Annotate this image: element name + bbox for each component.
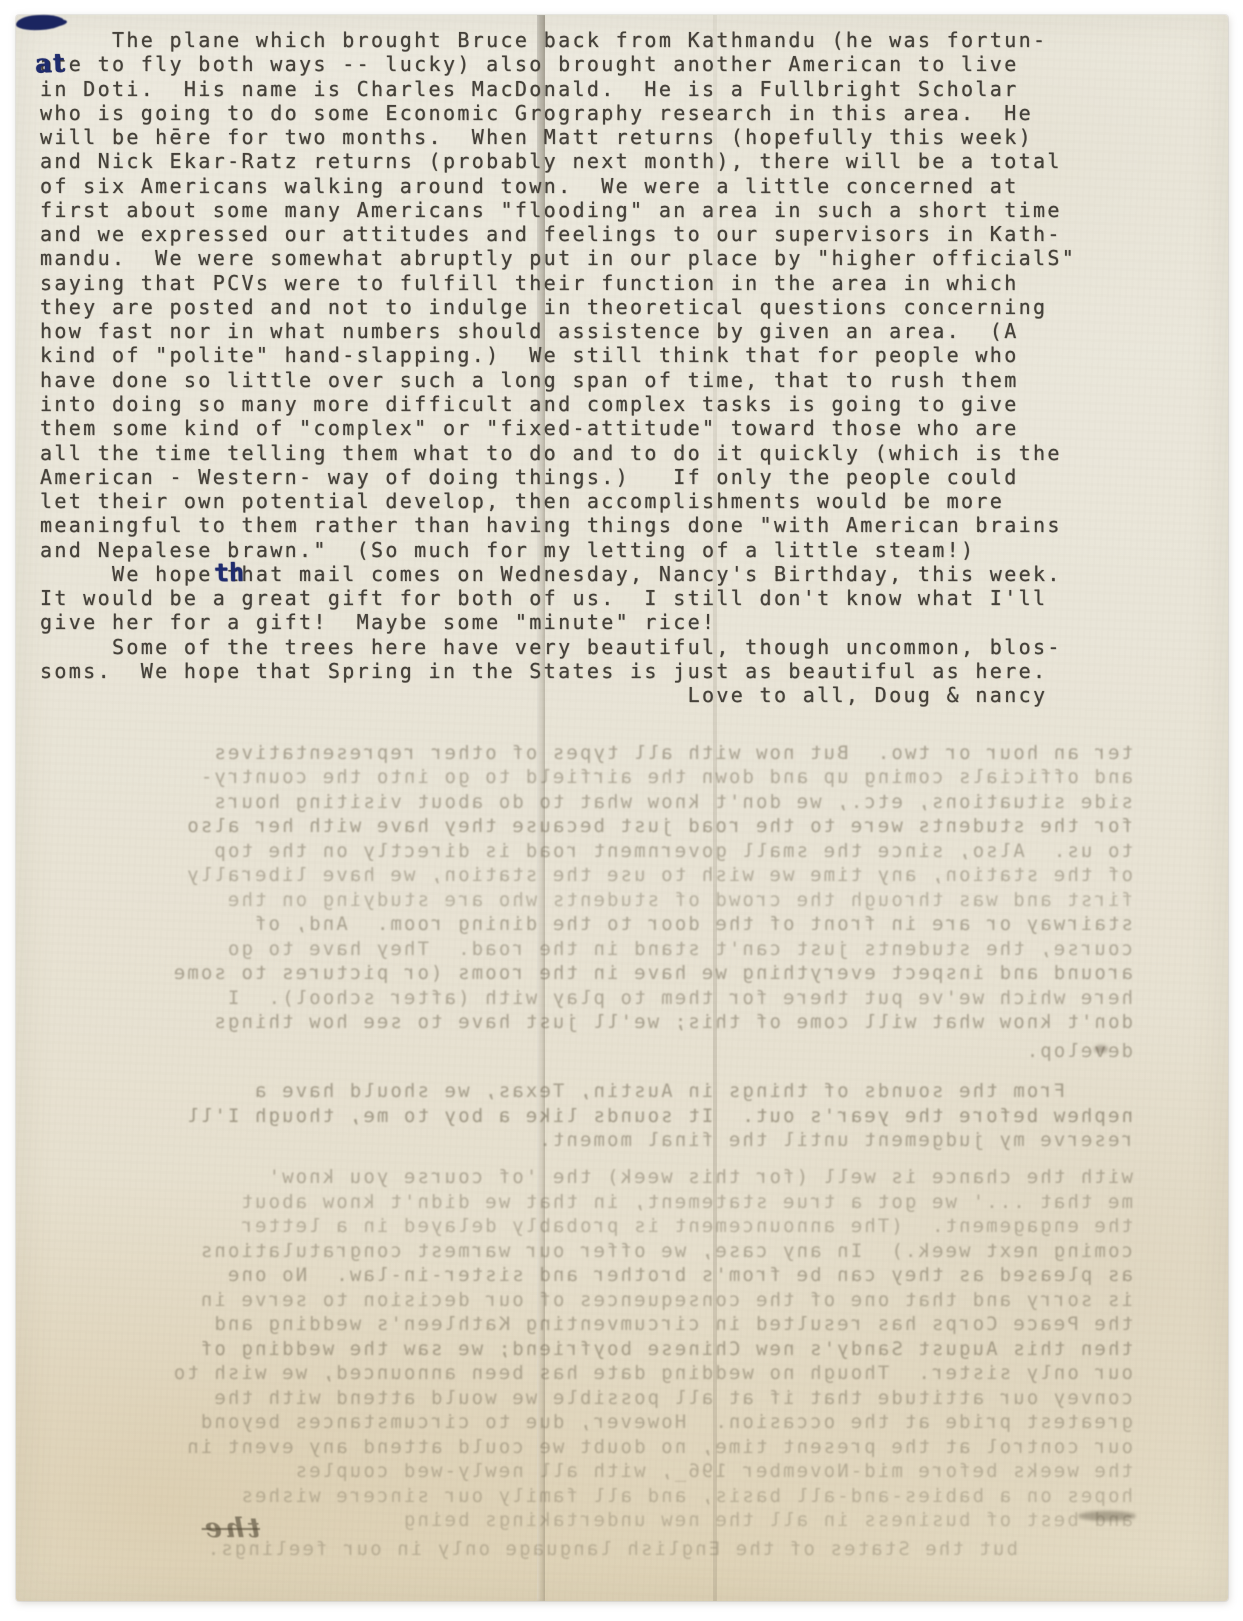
- typed-line: We hope that mail comes on Wednesday, Na…: [40, 562, 1076, 586]
- bleedthrough-line: first and was through the crowd of stude…: [226, 889, 1133, 911]
- typed-line: It would be a great gift for both of us.…: [40, 586, 1076, 610]
- typed-line: let their own potential develop, then ac…: [40, 489, 1076, 513]
- bleedthrough-handwriting: the: [202, 1513, 260, 1544]
- bleedthrough-line: the engagement. (The announcement is pro…: [239, 1215, 1133, 1237]
- typed-line: them some kind of "complex" or "fixed-at…: [40, 416, 1076, 440]
- typed-line: give her for a gift! Maybe some "minute"…: [40, 610, 1076, 634]
- bleedthrough-line: nephew before the year's out. It sounds …: [185, 1105, 1133, 1127]
- typed-line: they are posted and not to indulge in th…: [40, 295, 1076, 319]
- bleedthrough-line: me that ...' we got a true statement, in…: [239, 1191, 1133, 1213]
- typed-line: kind of "polite" hand-slapping.) We stil…: [40, 343, 1076, 367]
- typed-line: and Nick Ekar-Ratz returns (probably nex…: [40, 149, 1076, 173]
- bleedthrough-smudge: [1078, 1511, 1136, 1521]
- typed-line: Some of the trees here have very beautif…: [40, 635, 1076, 659]
- bleedthrough-line: our control at the present time, no doub…: [185, 1436, 1133, 1458]
- bleedthrough-line: to us. Also, since the small government …: [212, 840, 1133, 862]
- bleedthrough-line: the Peace Corps has resulted in circumve…: [212, 1313, 1133, 1335]
- bleedthrough-line: coming next week.) In any case, we offer…: [199, 1240, 1133, 1262]
- bleedthrough-line: for the students were to the road just b…: [185, 815, 1133, 837]
- bleedthrough-line: develop.: [1025, 1040, 1133, 1062]
- typed-line: saying that PCVs were to fulfill their f…: [40, 271, 1076, 295]
- bleedthrough-line: the weeks before mid-November 196_, with…: [294, 1460, 1133, 1482]
- typed-line: will be hēre for two months. When Matt r…: [40, 125, 1076, 149]
- typed-line: who is going to do some Economic Grograp…: [40, 101, 1076, 125]
- typed-line: American - Western- way of doing things.…: [40, 465, 1076, 489]
- bleedthrough-line: greatest pride at the occasion. However,…: [199, 1411, 1133, 1433]
- bleedthrough-line: here which we've put there for them to p…: [226, 987, 1133, 1009]
- letter-page: ter an hour or two. But now with all typ…: [16, 15, 1228, 1601]
- bleedthrough-line: then this August Sandy's new Chinese boy…: [199, 1338, 1133, 1360]
- bleedthrough-line: don't know what will come of this; we'll…: [212, 1011, 1133, 1033]
- typed-line: The plane which brought Bruce back from …: [40, 28, 1076, 52]
- typed-line: first about some many Americans "floodin…: [40, 198, 1076, 222]
- typed-line: have done so little over such a long spa…: [40, 368, 1076, 392]
- bleedthrough-smudge: [1094, 1045, 1108, 1053]
- bleedthrough-line: From the sounds of things in Austin, Tex…: [253, 1080, 1133, 1102]
- bleedthrough-line: with the chance is well (for this week) …: [267, 1166, 1134, 1188]
- bleedthrough-line: course, the students just can't stand in…: [226, 938, 1133, 960]
- bleedthrough-line: and officials coming up and down the air…: [199, 766, 1133, 788]
- bleedthrough-line: is sorry and that one of the consequence…: [199, 1289, 1133, 1311]
- handwritten-correction: at: [34, 48, 66, 79]
- bleedthrough-line: ter an hour or two. But now with all typ…: [212, 742, 1133, 764]
- typed-text: The plane which brought Bruce back from …: [40, 28, 1076, 707]
- typed-line: ate to fly both ways -- lucky) also brou…: [40, 52, 1076, 76]
- typed-line: meaningful to them rather than having th…: [40, 513, 1076, 537]
- bleedthrough-line: as pleased as they can be from's brother…: [226, 1264, 1133, 1286]
- typed-line: and Nepalese brawn." (So much for my let…: [40, 538, 1076, 562]
- typed-line: and we expressed our attitudes and feeli…: [40, 222, 1076, 246]
- typed-line: Love to all, Doug & nancy: [40, 683, 1076, 707]
- ink-overwrite: th: [214, 558, 245, 588]
- bleedthrough-line: reserve my judgement until the final mom…: [537, 1129, 1133, 1151]
- typed-line: mandu. We were somewhat abruptly put in …: [40, 246, 1076, 270]
- typed-line: soms. We hope that Spring in the States …: [40, 659, 1076, 683]
- bleedthrough-line: and best of business in all the new unde…: [402, 1509, 1133, 1531]
- bleedthrough-line: around and inspect everything we have in…: [172, 962, 1133, 984]
- bleedthrough-line: but the States of the English language o…: [206, 1538, 1018, 1560]
- typed-line: of six Americans walking around town. We…: [40, 174, 1076, 198]
- bleedthrough-line: side situations, etc., we don't know wha…: [212, 791, 1133, 813]
- bleedthrough-line: stairway or are in front of the door to …: [253, 913, 1133, 935]
- bleedthrough-line: hopes on a babies-and-all basis, and all…: [239, 1485, 1133, 1507]
- typed-line: into doing so many more difficult and co…: [40, 392, 1076, 416]
- scanned-letter-screenshot: { "document_type": "Typewritten personal…: [0, 0, 1243, 1621]
- bleedthrough-line: of the station, any time we wish to use …: [185, 864, 1133, 886]
- bleedthrough-line: our only sister. Though no wedding date …: [172, 1362, 1133, 1384]
- typed-line: all the time telling them what to do and…: [40, 441, 1076, 465]
- typed-line: how fast nor in what numbers should assi…: [40, 319, 1076, 343]
- bleedthrough-line: convey our attitude that if at all possi…: [212, 1387, 1133, 1409]
- typed-line: in Doti. His name is Charles MacDonald. …: [40, 77, 1076, 101]
